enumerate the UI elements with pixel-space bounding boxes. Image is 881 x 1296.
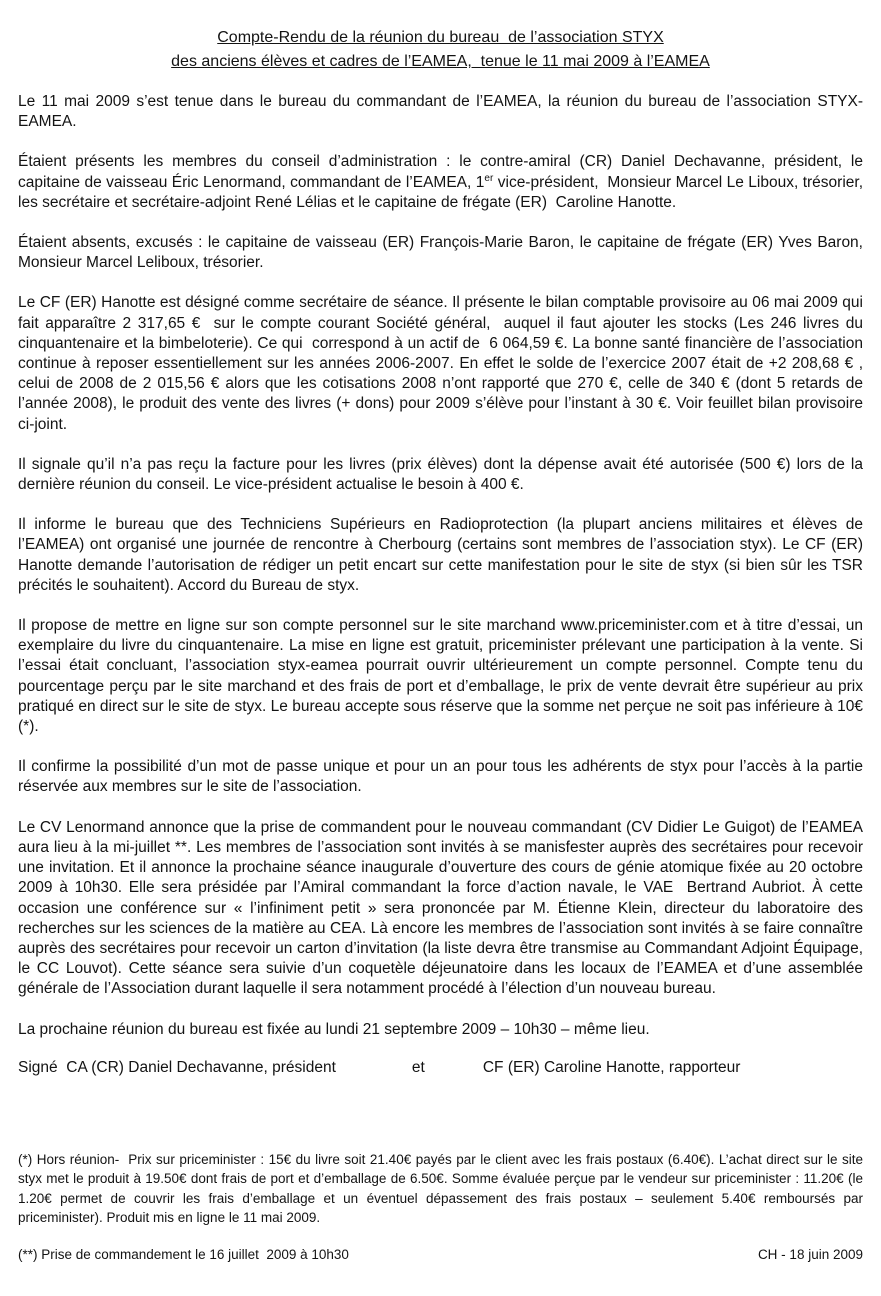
- paragraph-command-handover: Le CV Lenormand annonce que la prise de …: [18, 818, 863, 1000]
- ordinal-superscript: er: [484, 172, 493, 183]
- footer-line: (**) Prise de commandement le 16 juillet…: [18, 1245, 863, 1264]
- paragraph-password: Il confirme la possibilité d’un mot de p…: [18, 757, 863, 797]
- title-line-2: des anciens élèves et cadres de l’EAMEA,…: [18, 50, 863, 74]
- footnote-asterisk: (*) Hors réunion- Prix sur priceminister…: [18, 1150, 863, 1227]
- signature-president: Signé CA (CR) Daniel Dechavanne, préside…: [18, 1058, 336, 1078]
- document-title: Compte-Rendu de la réunion du bureau de …: [18, 26, 863, 74]
- paragraph-attendees: Étaient présents les membres du conseil …: [18, 152, 863, 213]
- paragraph-opening: Le 11 mai 2009 s’est tenue dans le burea…: [18, 92, 863, 132]
- document-reference: CH - 18 juin 2009: [758, 1245, 863, 1264]
- signature-connector: et: [412, 1058, 425, 1078]
- title-line-1: Compte-Rendu de la réunion du bureau de …: [18, 26, 863, 50]
- signature-line: Signé CA (CR) Daniel Dechavanne, préside…: [18, 1058, 863, 1078]
- signature-rapporteur: CF (ER) Caroline Hanotte, rapporteur: [483, 1058, 741, 1078]
- paragraph-financial-report: Le CF (ER) Hanotte est désigné comme sec…: [18, 293, 863, 434]
- document-page: Compte-Rendu de la réunion du bureau de …: [0, 0, 881, 1296]
- paragraph-absents: Étaient absents, excusés : le capitaine …: [18, 233, 863, 273]
- paragraph-invoice: Il signale qu’il n’a pas reçu la facture…: [18, 455, 863, 495]
- paragraph-tsr-event: Il informe le bureau que des Techniciens…: [18, 515, 863, 596]
- paragraph-priceminister: Il propose de mettre en ligne sur son co…: [18, 616, 863, 737]
- paragraph-next-meeting: La prochaine réunion du bureau est fixée…: [18, 1020, 863, 1040]
- footnote-double-asterisk: (**) Prise de commandement le 16 juillet…: [18, 1245, 349, 1264]
